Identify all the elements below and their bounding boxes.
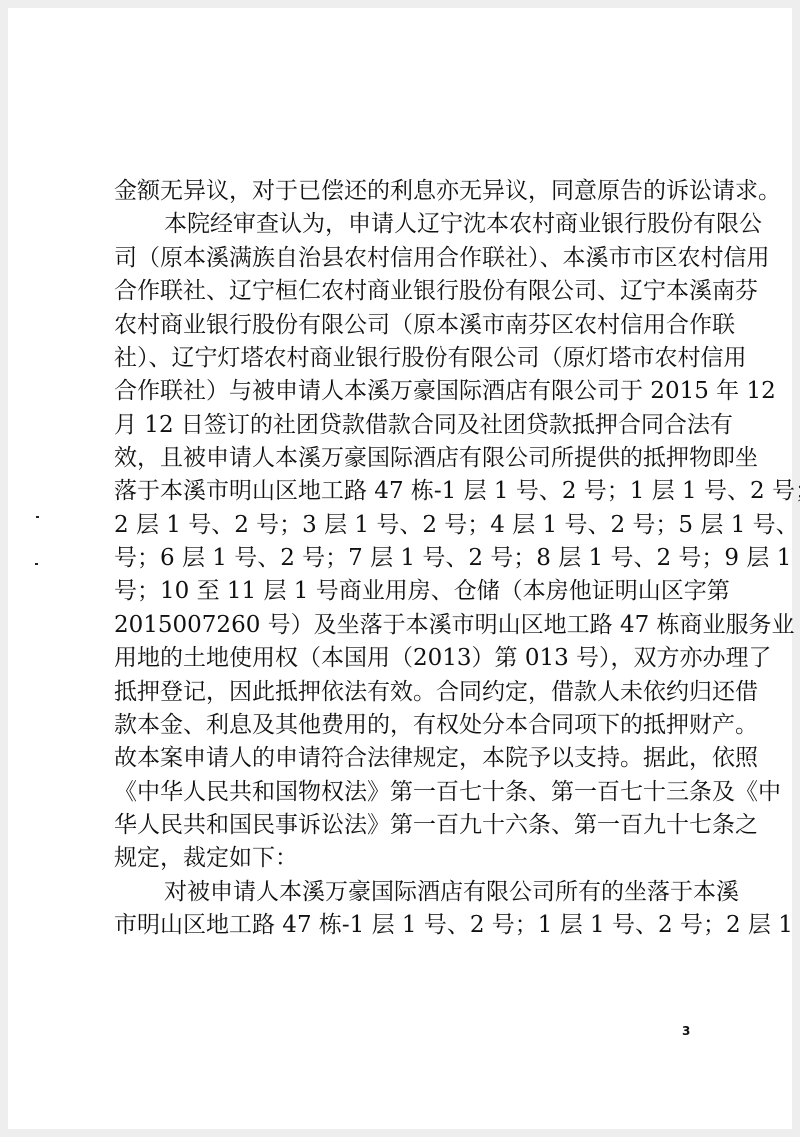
- text-line: 华人民共和国民事诉讼法》第一百九十六条、第一百九十七条之: [114, 808, 688, 842]
- text-line: 金额无异议，对于已偿还的利息亦无异议，同意原告的诉讼请求。: [114, 174, 688, 208]
- paragraph-start-line: 对被申请人本溪万豪国际酒店有限公司所有的坐落于本溪: [164, 875, 688, 909]
- scan-mark: [36, 516, 39, 518]
- scan-mark: [35, 563, 38, 565]
- text-line: 号；10 至 11 层 1 号商业用房、仓储（本房他证明山区字第: [114, 574, 688, 608]
- text-line: 2015007260 号）及坐落于本溪市明山区地工路 47 栋商业服务业: [114, 608, 688, 642]
- text-line: 2 层 1 号、2 号；3 层 1 号、2 号；4 层 1 号、2 号；5 层 …: [114, 508, 688, 542]
- text-line: 《中华人民共和国物权法》第一百七十条、第一百七十三条及《中: [114, 775, 688, 809]
- text-line: 合作联社、辽宁桓仁农村商业银行股份有限公司、辽宁本溪南芬: [114, 274, 688, 308]
- text-line: 规定，裁定如下：: [114, 841, 688, 875]
- document-page: 金额无异议，对于已偿还的利息亦无异议，同意原告的诉讼请求。 本院经审查认为，申请…: [8, 8, 792, 1129]
- text-line: 落于本溪市明山区地工路 47 栋-1 层 1 号、2 号；1 层 1 号、2 号…: [114, 474, 688, 508]
- text-line: 故本案申请人的申请符合法律规定，本院予以支持。据此，依照: [114, 741, 688, 775]
- text-line: 抵押登记，因此抵押依法有效。合同约定，借款人未依约归还借: [114, 675, 688, 709]
- text-line: 司（原本溪满族自治县农村信用合作联社）、本溪市市区农村信用: [114, 241, 688, 275]
- text-line: 合作联社）与被申请人本溪万豪国际酒店有限公司于 2015 年 12: [114, 374, 688, 408]
- text-line: 款本金、利息及其他费用的，有权处分本合同项下的抵押财产。: [114, 708, 688, 742]
- text-line: 号；6 层 1 号、2 号；7 层 1 号、2 号；8 层 1 号、2 号；9 …: [114, 541, 688, 575]
- text-line: 社）、辽宁灯塔农村商业银行股份有限公司（原灯塔市农村信用: [114, 341, 688, 375]
- paragraph-start-line: 本院经审查认为，申请人辽宁沈本农村商业银行股份有限公: [164, 207, 688, 241]
- page-number: 3: [682, 1024, 690, 1038]
- text-line: 用地的土地使用权（本国用（2013）第 013 号），双方亦办理了: [114, 641, 688, 675]
- text-line: 月 12 日签订的社团贷款借款合同及社团贷款抵押合同合法有: [114, 408, 688, 442]
- text-line: 农村商业银行股份有限公司（原本溪市南芬区农村信用合作联: [114, 308, 688, 342]
- text-line: 效，且被申请人本溪万豪国际酒店有限公司所提供的抵押物即坐: [114, 441, 688, 475]
- text-line: 市明山区地工路 47 栋-1 层 1 号、2 号；1 层 1 号、2 号；2 层…: [114, 908, 688, 942]
